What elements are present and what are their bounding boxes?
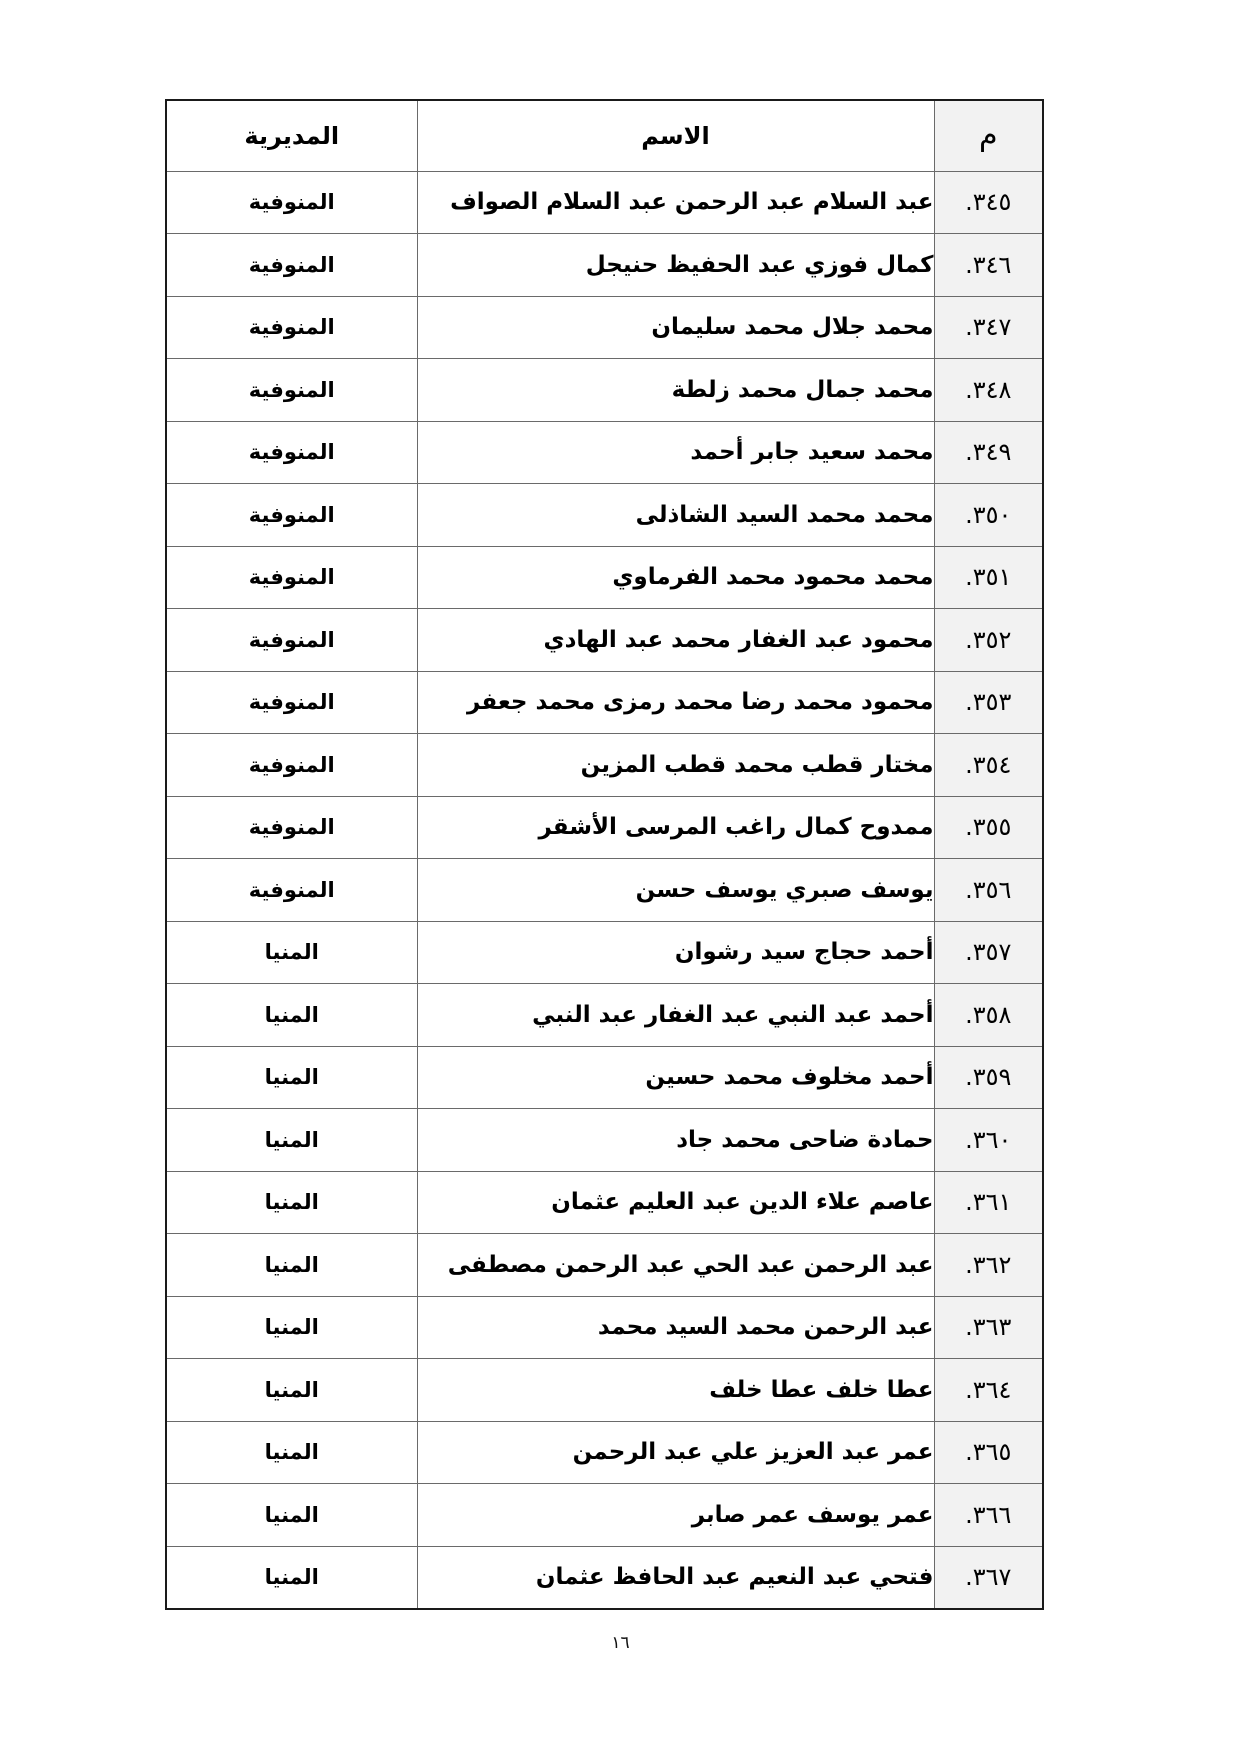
number-cell: .٣٤٧ xyxy=(934,296,1043,359)
directorate-cell: المنوفية xyxy=(166,421,417,484)
number-cell: .٣٦٦ xyxy=(934,1484,1043,1547)
directorate-cell: المنوفية xyxy=(166,171,417,234)
name-cell: عبد الرحمن عبد الحي عبد الرحمن مصطفى xyxy=(417,1234,934,1297)
table-row: المنياعاصم علاء الدين عبد العليم عثمان.٣… xyxy=(166,1171,1043,1234)
number-cell: .٣٤٦ xyxy=(934,234,1043,297)
number-cell: .٣٥٠ xyxy=(934,484,1043,547)
table-row: المنياعطا خلف عطا خلف.٣٦٤ xyxy=(166,1359,1043,1422)
directorate-cell: المنوفية xyxy=(166,359,417,422)
number-cell: .٣٥٧ xyxy=(934,921,1043,984)
directorate-cell: المنوفية xyxy=(166,671,417,734)
table-row: المنوفيةكمال فوزي عبد الحفيظ حنيجل.٣٤٦ xyxy=(166,234,1043,297)
number-cell: .٣٥١ xyxy=(934,546,1043,609)
directorate-cell: المنوفية xyxy=(166,859,417,922)
name-cell: حمادة ضاحى محمد جاد xyxy=(417,1109,934,1172)
directorate-cell: المنيا xyxy=(166,1421,417,1484)
number-cell: .٣٤٩ xyxy=(934,421,1043,484)
name-cell: محمد سعيد جابر أحمد xyxy=(417,421,934,484)
number-cell: .٣٥٤ xyxy=(934,734,1043,797)
name-cell: عطا خلف عطا خلف xyxy=(417,1359,934,1422)
directorate-cell: المنيا xyxy=(166,921,417,984)
number-cell: .٣٦٥ xyxy=(934,1421,1043,1484)
number-cell: .٣٤٨ xyxy=(934,359,1043,422)
number-cell: .٣٥٥ xyxy=(934,796,1043,859)
header-directorate: المديرية xyxy=(166,100,417,171)
number-cell: .٣٥٢ xyxy=(934,609,1043,672)
table-row: المنوفيةمحمد جمال محمد زلطة.٣٤٨ xyxy=(166,359,1043,422)
name-cell: مختار قطب محمد قطب المزين xyxy=(417,734,934,797)
table-row: المنياحمادة ضاحى محمد جاد.٣٦٠ xyxy=(166,1109,1043,1172)
name-cell: محمود عبد الغفار محمد عبد الهادي xyxy=(417,609,934,672)
table-row: المنوفيةمختار قطب محمد قطب المزين.٣٥٤ xyxy=(166,734,1043,797)
number-cell: .٣٤٥ xyxy=(934,171,1043,234)
number-cell: .٣٥٣ xyxy=(934,671,1043,734)
number-cell: .٣٦٢ xyxy=(934,1234,1043,1297)
name-cell: ممدوح كمال راغب المرسى الأشقر xyxy=(417,796,934,859)
name-cell: يوسف صبري يوسف حسن xyxy=(417,859,934,922)
name-cell: عبد الرحمن محمد السيد محمد xyxy=(417,1296,934,1359)
header-name: الاسم xyxy=(417,100,934,171)
table-row: المنياأحمد حجاج سيد رشوان.٣٥٧ xyxy=(166,921,1043,984)
number-cell: .٣٦٠ xyxy=(934,1109,1043,1172)
number-cell: .٣٦٧ xyxy=(934,1546,1043,1609)
directorate-cell: المنيا xyxy=(166,1171,417,1234)
directorate-cell: المنيا xyxy=(166,1296,417,1359)
name-cell: عاصم علاء الدين عبد العليم عثمان xyxy=(417,1171,934,1234)
header-number: م xyxy=(934,100,1043,171)
directorate-cell: المنوفية xyxy=(166,609,417,672)
name-cell: كمال فوزي عبد الحفيظ حنيجل xyxy=(417,234,934,297)
table-row: المنياعمر عبد العزيز علي عبد الرحمن.٣٦٥ xyxy=(166,1421,1043,1484)
directorate-cell: المنيا xyxy=(166,1546,417,1609)
name-cell: أحمد حجاج سيد رشوان xyxy=(417,921,934,984)
table-row: المنياأحمد مخلوف محمد حسين.٣٥٩ xyxy=(166,1046,1043,1109)
directorate-cell: المنيا xyxy=(166,984,417,1047)
table-row: المنوفيةمحمود محمد رضا محمد رمزى محمد جع… xyxy=(166,671,1043,734)
name-cell: محمود محمد رضا محمد رمزى محمد جعفر xyxy=(417,671,934,734)
directorate-cell: المنيا xyxy=(166,1234,417,1297)
number-cell: .٣٦٣ xyxy=(934,1296,1043,1359)
directorate-cell: المنوفية xyxy=(166,484,417,547)
table-row: المنوفيةممدوح كمال راغب المرسى الأشقر.٣٥… xyxy=(166,796,1043,859)
table-row: المنياعمر يوسف عمر صابر.٣٦٦ xyxy=(166,1484,1043,1547)
name-cell: محمد جمال محمد زلطة xyxy=(417,359,934,422)
directorate-cell: المنوفية xyxy=(166,234,417,297)
table-body: المنوفيةعبد السلام عبد الرحمن عبد السلام… xyxy=(166,171,1043,1609)
names-table: المديرية الاسم م المنوفيةعبد السلام عبد … xyxy=(165,99,1044,1610)
number-cell: .٣٥٦ xyxy=(934,859,1043,922)
number-cell: .٣٥٩ xyxy=(934,1046,1043,1109)
table-row: المنياأحمد عبد النبي عبد الغفار عبد النب… xyxy=(166,984,1043,1047)
directorate-cell: المنوفية xyxy=(166,796,417,859)
table-row: المنوفيةعبد السلام عبد الرحمن عبد السلام… xyxy=(166,171,1043,234)
table-row: المنياعبد الرحمن عبد الحي عبد الرحمن مصط… xyxy=(166,1234,1043,1297)
table-row: المنوفيةمحمد جلال محمد سليمان.٣٤٧ xyxy=(166,296,1043,359)
table-row: المنوفيةمحمد محمد السيد الشاذلى.٣٥٠ xyxy=(166,484,1043,547)
name-cell: أحمد مخلوف محمد حسين xyxy=(417,1046,934,1109)
name-cell: عمر يوسف عمر صابر xyxy=(417,1484,934,1547)
page-number: ١٦ xyxy=(0,1633,1241,1653)
name-cell: فتحي عبد النعيم عبد الحافظ عثمان xyxy=(417,1546,934,1609)
table-row: المنوفيةيوسف صبري يوسف حسن.٣٥٦ xyxy=(166,859,1043,922)
name-cell: عمر عبد العزيز علي عبد الرحمن xyxy=(417,1421,934,1484)
document-page: المديرية الاسم م المنوفيةعبد السلام عبد … xyxy=(0,0,1241,1755)
name-cell: محمد محمد السيد الشاذلى xyxy=(417,484,934,547)
table-row: المنياعبد الرحمن محمد السيد محمد.٣٦٣ xyxy=(166,1296,1043,1359)
directorate-cell: المنيا xyxy=(166,1046,417,1109)
number-cell: .٣٦١ xyxy=(934,1171,1043,1234)
table-row: المنوفيةمحمود عبد الغفار محمد عبد الهادي… xyxy=(166,609,1043,672)
number-cell: .٣٥٨ xyxy=(934,984,1043,1047)
name-cell: أحمد عبد النبي عبد الغفار عبد النبي xyxy=(417,984,934,1047)
directorate-cell: المنوفية xyxy=(166,734,417,797)
name-cell: محمد جلال محمد سليمان xyxy=(417,296,934,359)
directorate-cell: المنوفية xyxy=(166,546,417,609)
number-cell: .٣٦٤ xyxy=(934,1359,1043,1422)
directorate-cell: المنوفية xyxy=(166,296,417,359)
directorate-cell: المنيا xyxy=(166,1359,417,1422)
table-row: المنيافتحي عبد النعيم عبد الحافظ عثمان.٣… xyxy=(166,1546,1043,1609)
name-cell: محمد محمود محمد الفرماوي xyxy=(417,546,934,609)
directorate-cell: المنيا xyxy=(166,1484,417,1547)
directorate-cell: المنيا xyxy=(166,1109,417,1172)
name-cell: عبد السلام عبد الرحمن عبد السلام الصواف xyxy=(417,171,934,234)
table-header-row: المديرية الاسم م xyxy=(166,100,1043,171)
table-row: المنوفيةمحمد محمود محمد الفرماوي.٣٥١ xyxy=(166,546,1043,609)
table-row: المنوفيةمحمد سعيد جابر أحمد.٣٤٩ xyxy=(166,421,1043,484)
